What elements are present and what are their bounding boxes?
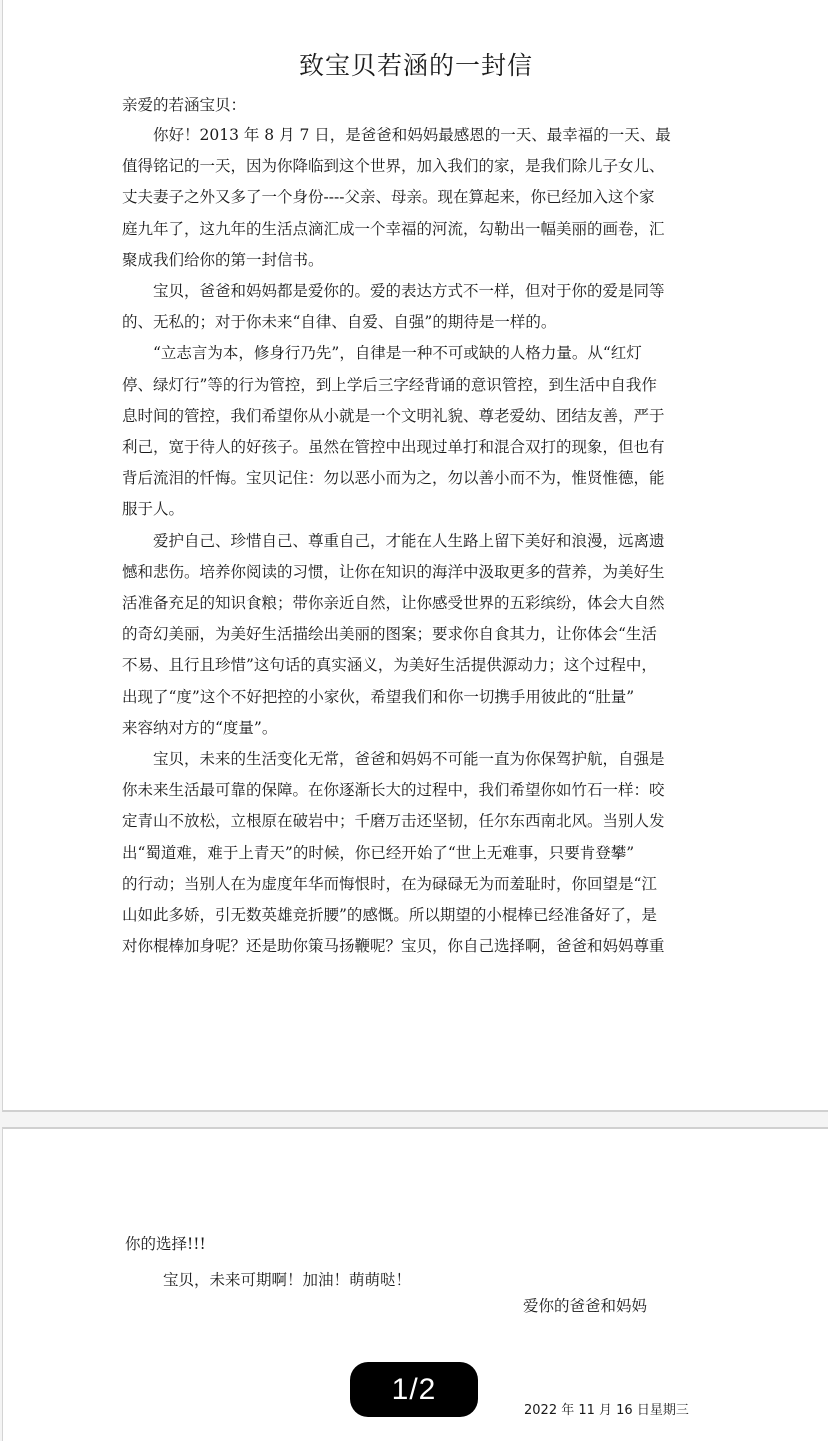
text-line: 出“蜀道难，难于上青天”的时候，你已经开始了“世上无难事，只要肯登攀”	[122, 838, 710, 869]
text-line: 你未来生活最可靠的保障。在你逐渐长大的过程中，我们希望你如竹石一样：咬	[122, 775, 710, 806]
text-line: 的行动；当别人在为虚度年华而悔恨时，在为碌碌无为而羞耻时，你回望是“江	[122, 869, 710, 900]
page-indicator: 1/2	[350, 1362, 478, 1417]
text-line: 山如此多娇，引无数英雄竞折腰”的感慨。所以期望的小棍棒已经准备好了，是	[122, 900, 710, 931]
text-line: 值得铭记的一天，因为你降临到这个世界，加入我们的家，是我们除儿子女儿、	[122, 151, 710, 182]
letter-body: 你好！2013 年 8 月 7 日，是爸爸和妈妈最感恩的一天、最幸福的一天、最 …	[122, 120, 710, 962]
text-line: 来容纳对方的“度量”。	[122, 713, 710, 744]
text-line: 宝贝，爸爸和妈妈都是爱你的。爱的表达方式不一样，但对于你的爱是同等	[122, 276, 710, 307]
paragraph: 宝贝，爸爸和妈妈都是爱你的。爱的表达方式不一样，但对于你的爱是同等 的、无私的；…	[122, 276, 710, 338]
letter-title: 致宝贝若涵的一封信	[0, 46, 828, 82]
text-line: 丈夫妻子之外又多了一个身份----父亲、母亲。现在算起来，你已经加入这个家	[122, 182, 710, 213]
text-line: 对你棍棒加身呢？还是助你策马扬鞭呢？宝贝，你自己选择啊，爸爸和妈妈尊重	[122, 931, 710, 962]
text-line: 聚成我们给你的第一封信书。	[122, 245, 710, 276]
text-line: 停、绿灯行”等的行为管控，到上学后三字经背诵的意识管控，到生活中自我作	[122, 370, 710, 401]
text-line: 息时间的管控，我们希望你从小就是一个文明礼貌、尊老爱幼、团结友善，严于	[122, 401, 710, 432]
text-line: “立志言为本，修身行乃先”，自律是一种不可或缺的人格力量。从“红灯	[122, 338, 710, 369]
text-line: 背后流泪的忏悔。宝贝记住：勿以恶小而为之，勿以善小而不为，惟贤惟德，能	[122, 463, 710, 494]
text-line: 出现了“度”这个不好把控的小家伙，希望我们和你一切携手用彼此的“肚量”	[122, 682, 710, 713]
text-line: 憾和悲伤。培养你阅读的习惯，让你在知识的海洋中汲取更多的营养，为美好生	[122, 557, 710, 588]
text-line: 宝贝，未来的生活变化无常，爸爸和妈妈不可能一直为你保驾护航，自强是	[122, 744, 710, 775]
text-line: 服于人。	[122, 494, 710, 525]
text-line: 的奇幻美丽，为美好生活描绘出美丽的图案；要求你自食其力，让你体会“生活	[122, 619, 710, 650]
paragraph: 宝贝，未来的生活变化无常，爸爸和妈妈不可能一直为你保驾护航，自强是 你未来生活最…	[122, 744, 710, 962]
text-line: 活准备充足的知识食粮；带你亲近自然，让你感受世界的五彩缤纷，体会大自然	[122, 588, 710, 619]
text-line: 庭九年了，这九年的生活点滴汇成一个幸福的河流，勾勒出一幅美丽的画卷，汇	[122, 214, 710, 245]
letter-greeting: 亲爱的若涵宝贝：	[122, 93, 246, 115]
text-line: 爱护自己、珍惜自己、尊重自己，才能在人生路上留下美好和浪漫，远离遗	[122, 526, 710, 557]
text-line: 不易、且行且珍惜”这句话的真实涵义，为美好生活提供源动力；这个过程中，	[122, 650, 710, 681]
paragraph: 爱护自己、珍惜自己、尊重自己，才能在人生路上留下美好和浪漫，远离遗 憾和悲伤。培…	[122, 526, 710, 744]
continuation-text: 你的选择!!!	[125, 1232, 206, 1254]
signature: 爱你的爸爸和妈妈	[523, 1294, 647, 1316]
text-line: 定青山不放松，立根原在破岩中；千磨万击还坚韧，任尔东西南北风。当别人发	[122, 806, 710, 837]
text-line: 的、无私的；对于你未来“自律、自爱、自强”的期待是一样的。	[122, 307, 710, 338]
letter-date: 2022 年 11 月 16 日星期三	[524, 1399, 689, 1418]
closing-text: 宝贝，未来可期啊！加油！萌萌哒！	[163, 1268, 411, 1290]
paragraph: 你好！2013 年 8 月 7 日，是爸爸和妈妈最感恩的一天、最幸福的一天、最 …	[122, 120, 710, 276]
text-line: 你好！2013 年 8 月 7 日，是爸爸和妈妈最感恩的一天、最幸福的一天、最	[122, 120, 710, 151]
text-line: 利己，宽于待人的好孩子。虽然在管控中出现过单打和混合双打的现象，但也有	[122, 432, 710, 463]
paragraph: “立志言为本，修身行乃先”，自律是一种不可或缺的人格力量。从“红灯 停、绿灯行”…	[122, 338, 710, 525]
